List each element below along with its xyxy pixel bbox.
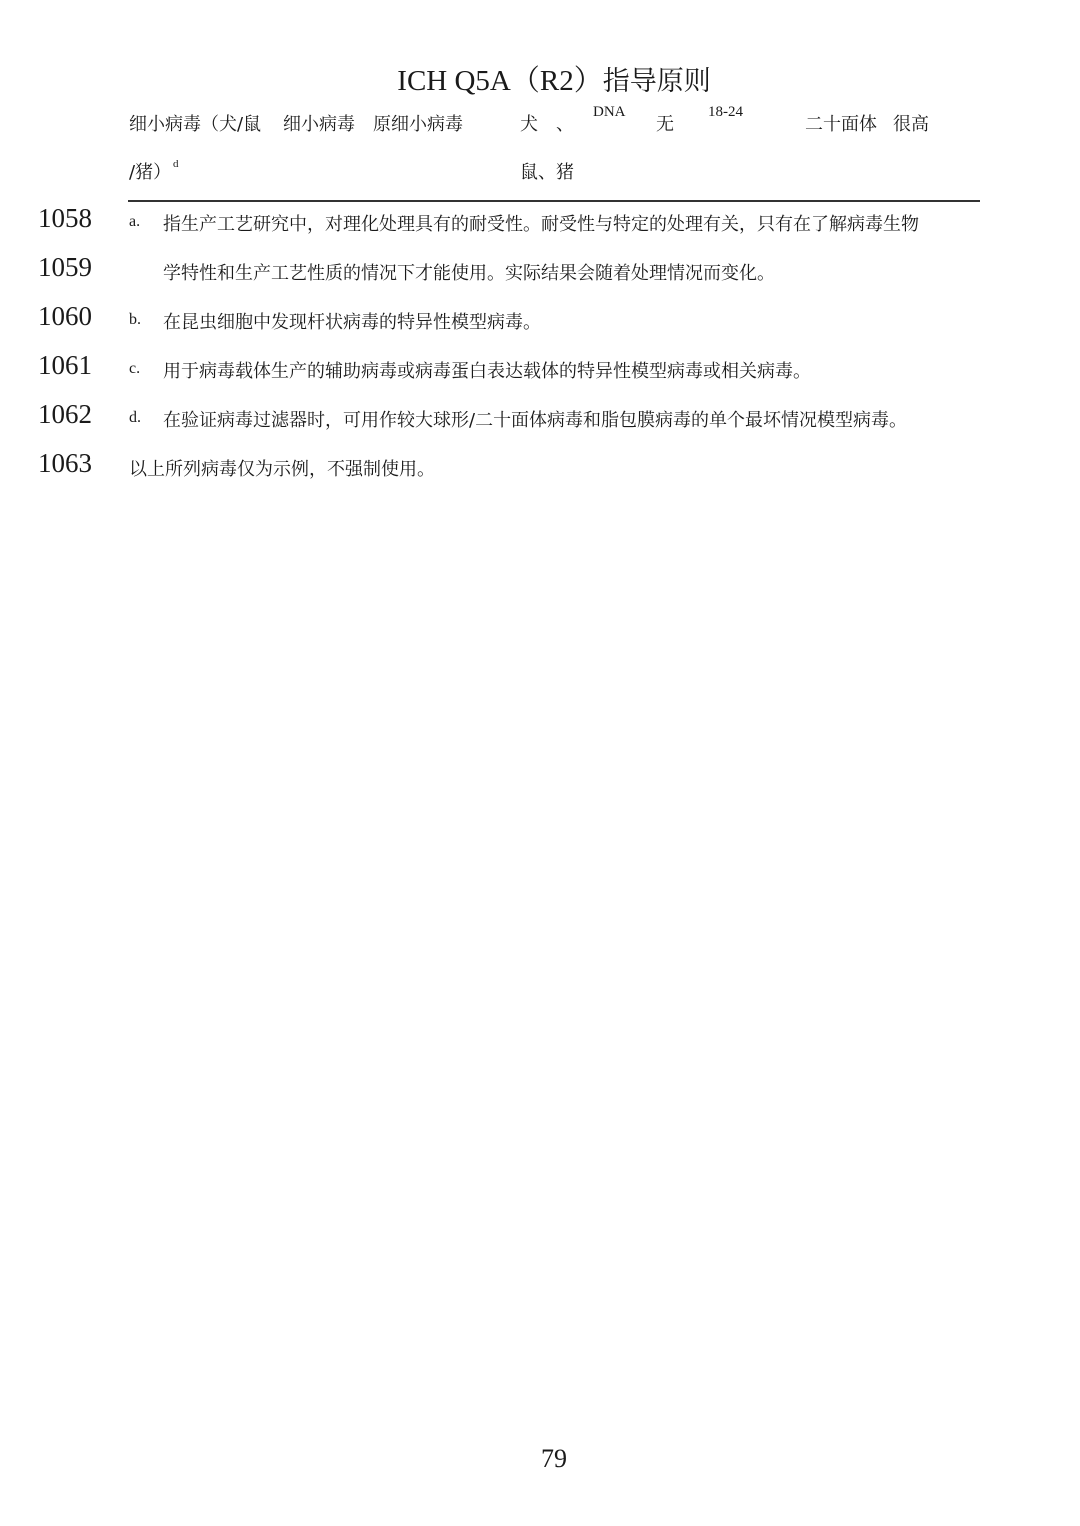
cell-genome: DNA: [593, 104, 626, 121]
page-number: 79: [0, 1444, 1080, 1474]
table-bottom-rule: [128, 200, 980, 202]
footnote-marker: a.: [129, 213, 140, 231]
cell-family: 细小病毒: [283, 110, 355, 136]
note-text: 以上所列病毒仅为示例，不强制使用。: [129, 455, 435, 481]
footnote-marker: b.: [129, 311, 141, 329]
cell-genus: 原细小病毒: [373, 110, 463, 136]
footnote-marker: c.: [129, 360, 140, 378]
title-latin: ICH Q5A（R2）: [397, 65, 602, 97]
line-number: 1063: [38, 448, 92, 479]
page-title: ICH Q5A（R2）指导原则: [0, 58, 1080, 99]
footnote-marker: d.: [129, 409, 141, 427]
footnote-text: 用于病毒载体生产的辅助病毒或病毒蛋白表达载体的特异性模型病毒或相关病毒。: [163, 357, 811, 383]
cell-envelope: 无: [656, 110, 674, 136]
line-number: 1058: [38, 203, 92, 234]
cell-host: 犬 、: [520, 110, 574, 136]
cell-shape: 二十面体: [805, 110, 877, 136]
line-number: 1059: [38, 252, 92, 283]
footnote-ref-d: d: [173, 158, 179, 170]
footnote-text: 指生产工艺研究中，对理化处理具有的耐受性。耐受性与特定的处理有关，只有在了解病毒…: [163, 210, 919, 236]
cell-host-cont: 鼠、猪: [520, 158, 574, 184]
cell-virus-name-cont: /猪）: [129, 158, 171, 184]
line-number: 1061: [38, 350, 92, 381]
cell-resistance: 很高: [893, 110, 929, 136]
footnote-text: 学特性和生产工艺性质的情况下才能使用。实际结果会随着处理情况而变化。: [163, 259, 775, 285]
line-number: 1060: [38, 301, 92, 332]
line-number: 1062: [38, 399, 92, 430]
footnote-text: 在昆虫细胞中发现杆状病毒的特异性模型病毒。: [163, 308, 541, 334]
cell-virus-name: 细小病毒（犬/鼠: [129, 110, 261, 136]
cell-size: 18-24: [708, 104, 743, 121]
title-cjk: 指导原则: [603, 66, 711, 97]
footnote-text: 在验证病毒过滤器时，可用作较大球形/二十面体病毒和脂包膜病毒的单个最坏情况模型病…: [163, 406, 907, 432]
